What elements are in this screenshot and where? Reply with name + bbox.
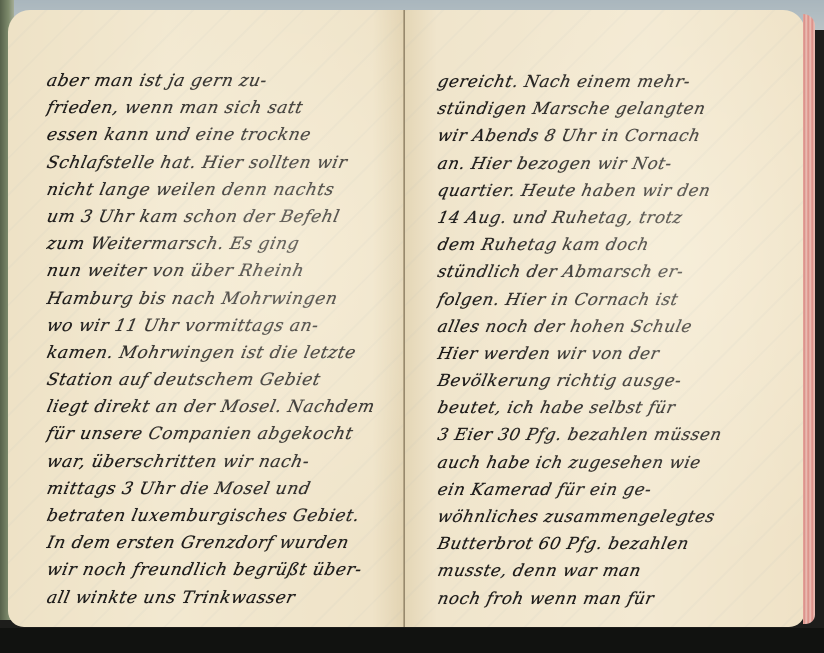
handwritten-line: stündlich der Abmarsch er- [435, 258, 795, 285]
handwritten-line: Hier werden wir von der [435, 340, 795, 367]
handwritten-line: wir noch freundlich begrüßt über- [44, 557, 398, 584]
right-page-text: gereicht. Nach einem mehr- stündigen Mar… [435, 68, 789, 612]
handwritten-line: zum Weitermarsch. Es ging [44, 231, 398, 258]
handwritten-line: dem Ruhetag kam doch [435, 231, 795, 258]
handwritten-line: stündigen Marsche gelangten [435, 95, 795, 122]
handwritten-line: für unsere Companien abgekocht [44, 421, 398, 448]
handwritten-line: um 3 Uhr kam schon der Befehl [44, 204, 398, 231]
handwritten-line: Butterbrot 60 Pfg. bezahlen [435, 530, 795, 557]
handwritten-line: Station auf deutschem Gebiet [44, 367, 398, 394]
handwritten-line: an. Hier bezogen wir Not- [435, 150, 795, 177]
handwritten-line: all winkte uns Trinkwasser [44, 585, 398, 612]
handwritten-line: 14 Aug. und Ruhetag, trotz [435, 204, 795, 231]
handwritten-line: Bevölkerung richtig ausge- [435, 367, 795, 394]
handwritten-line: nicht lange weilen denn nachts [44, 177, 398, 204]
handwritten-line: 3 Eier 30 Pfg. bezahlen müssen [435, 421, 795, 448]
handwritten-line: ein Kamerad für ein ge- [435, 476, 795, 503]
handwritten-line: musste, denn war man [435, 557, 795, 584]
handwritten-line: alles noch der hohen Schule [435, 313, 795, 340]
background-bottom [0, 628, 824, 653]
handwritten-line: wir Abends 8 Uhr in Cornach [435, 122, 795, 149]
handwritten-line: kamen. Mohrwingen ist die letzte [44, 340, 398, 367]
handwritten-line: beutet, ich habe selbst für [435, 394, 795, 421]
handwritten-line: Schlafstelle hat. Hier sollten wir [44, 150, 398, 177]
handwritten-line: folgen. Hier in Cornach ist [435, 286, 795, 313]
handwritten-line: quartier. Heute haben wir den [435, 177, 795, 204]
notebook-right-page: gereicht. Nach einem mehr- stündigen Mar… [405, 10, 805, 627]
handwritten-line: wöhnliches zusammengelegtes [435, 503, 795, 530]
handwritten-line: nun weiter von über Rheinh [44, 258, 398, 285]
handwritten-line: gereicht. Nach einem mehr- [435, 68, 795, 95]
handwritten-line: auch habe ich zugesehen wie [435, 449, 795, 476]
handwritten-line: Hamburg bis nach Mohrwingen [44, 286, 398, 313]
handwritten-line: essen kann und eine trockne [44, 122, 398, 149]
handwritten-line: betraten luxemburgisches Gebiet. [44, 503, 398, 530]
page-edges-red-trim [803, 14, 815, 624]
handwritten-line: mittags 3 Uhr die Mosel und [44, 476, 398, 503]
handwritten-line: war, überschritten wir nach- [44, 449, 398, 476]
left-page-text: aber man ist ja gern zu- frieden, wenn m… [44, 68, 392, 612]
handwritten-line: liegt direkt an der Mosel. Nachdem [44, 394, 398, 421]
handwritten-line: noch froh wenn man für [435, 585, 795, 612]
notebook-left-page: aber man ist ja gern zu- frieden, wenn m… [8, 10, 404, 627]
handwritten-line: wo wir 11 Uhr vormittags an- [44, 313, 398, 340]
handwritten-line: In dem ersten Grenzdorf wurden [44, 530, 398, 557]
handwritten-line: aber man ist ja gern zu- [44, 68, 398, 95]
handwritten-line: frieden, wenn man sich satt [44, 95, 398, 122]
